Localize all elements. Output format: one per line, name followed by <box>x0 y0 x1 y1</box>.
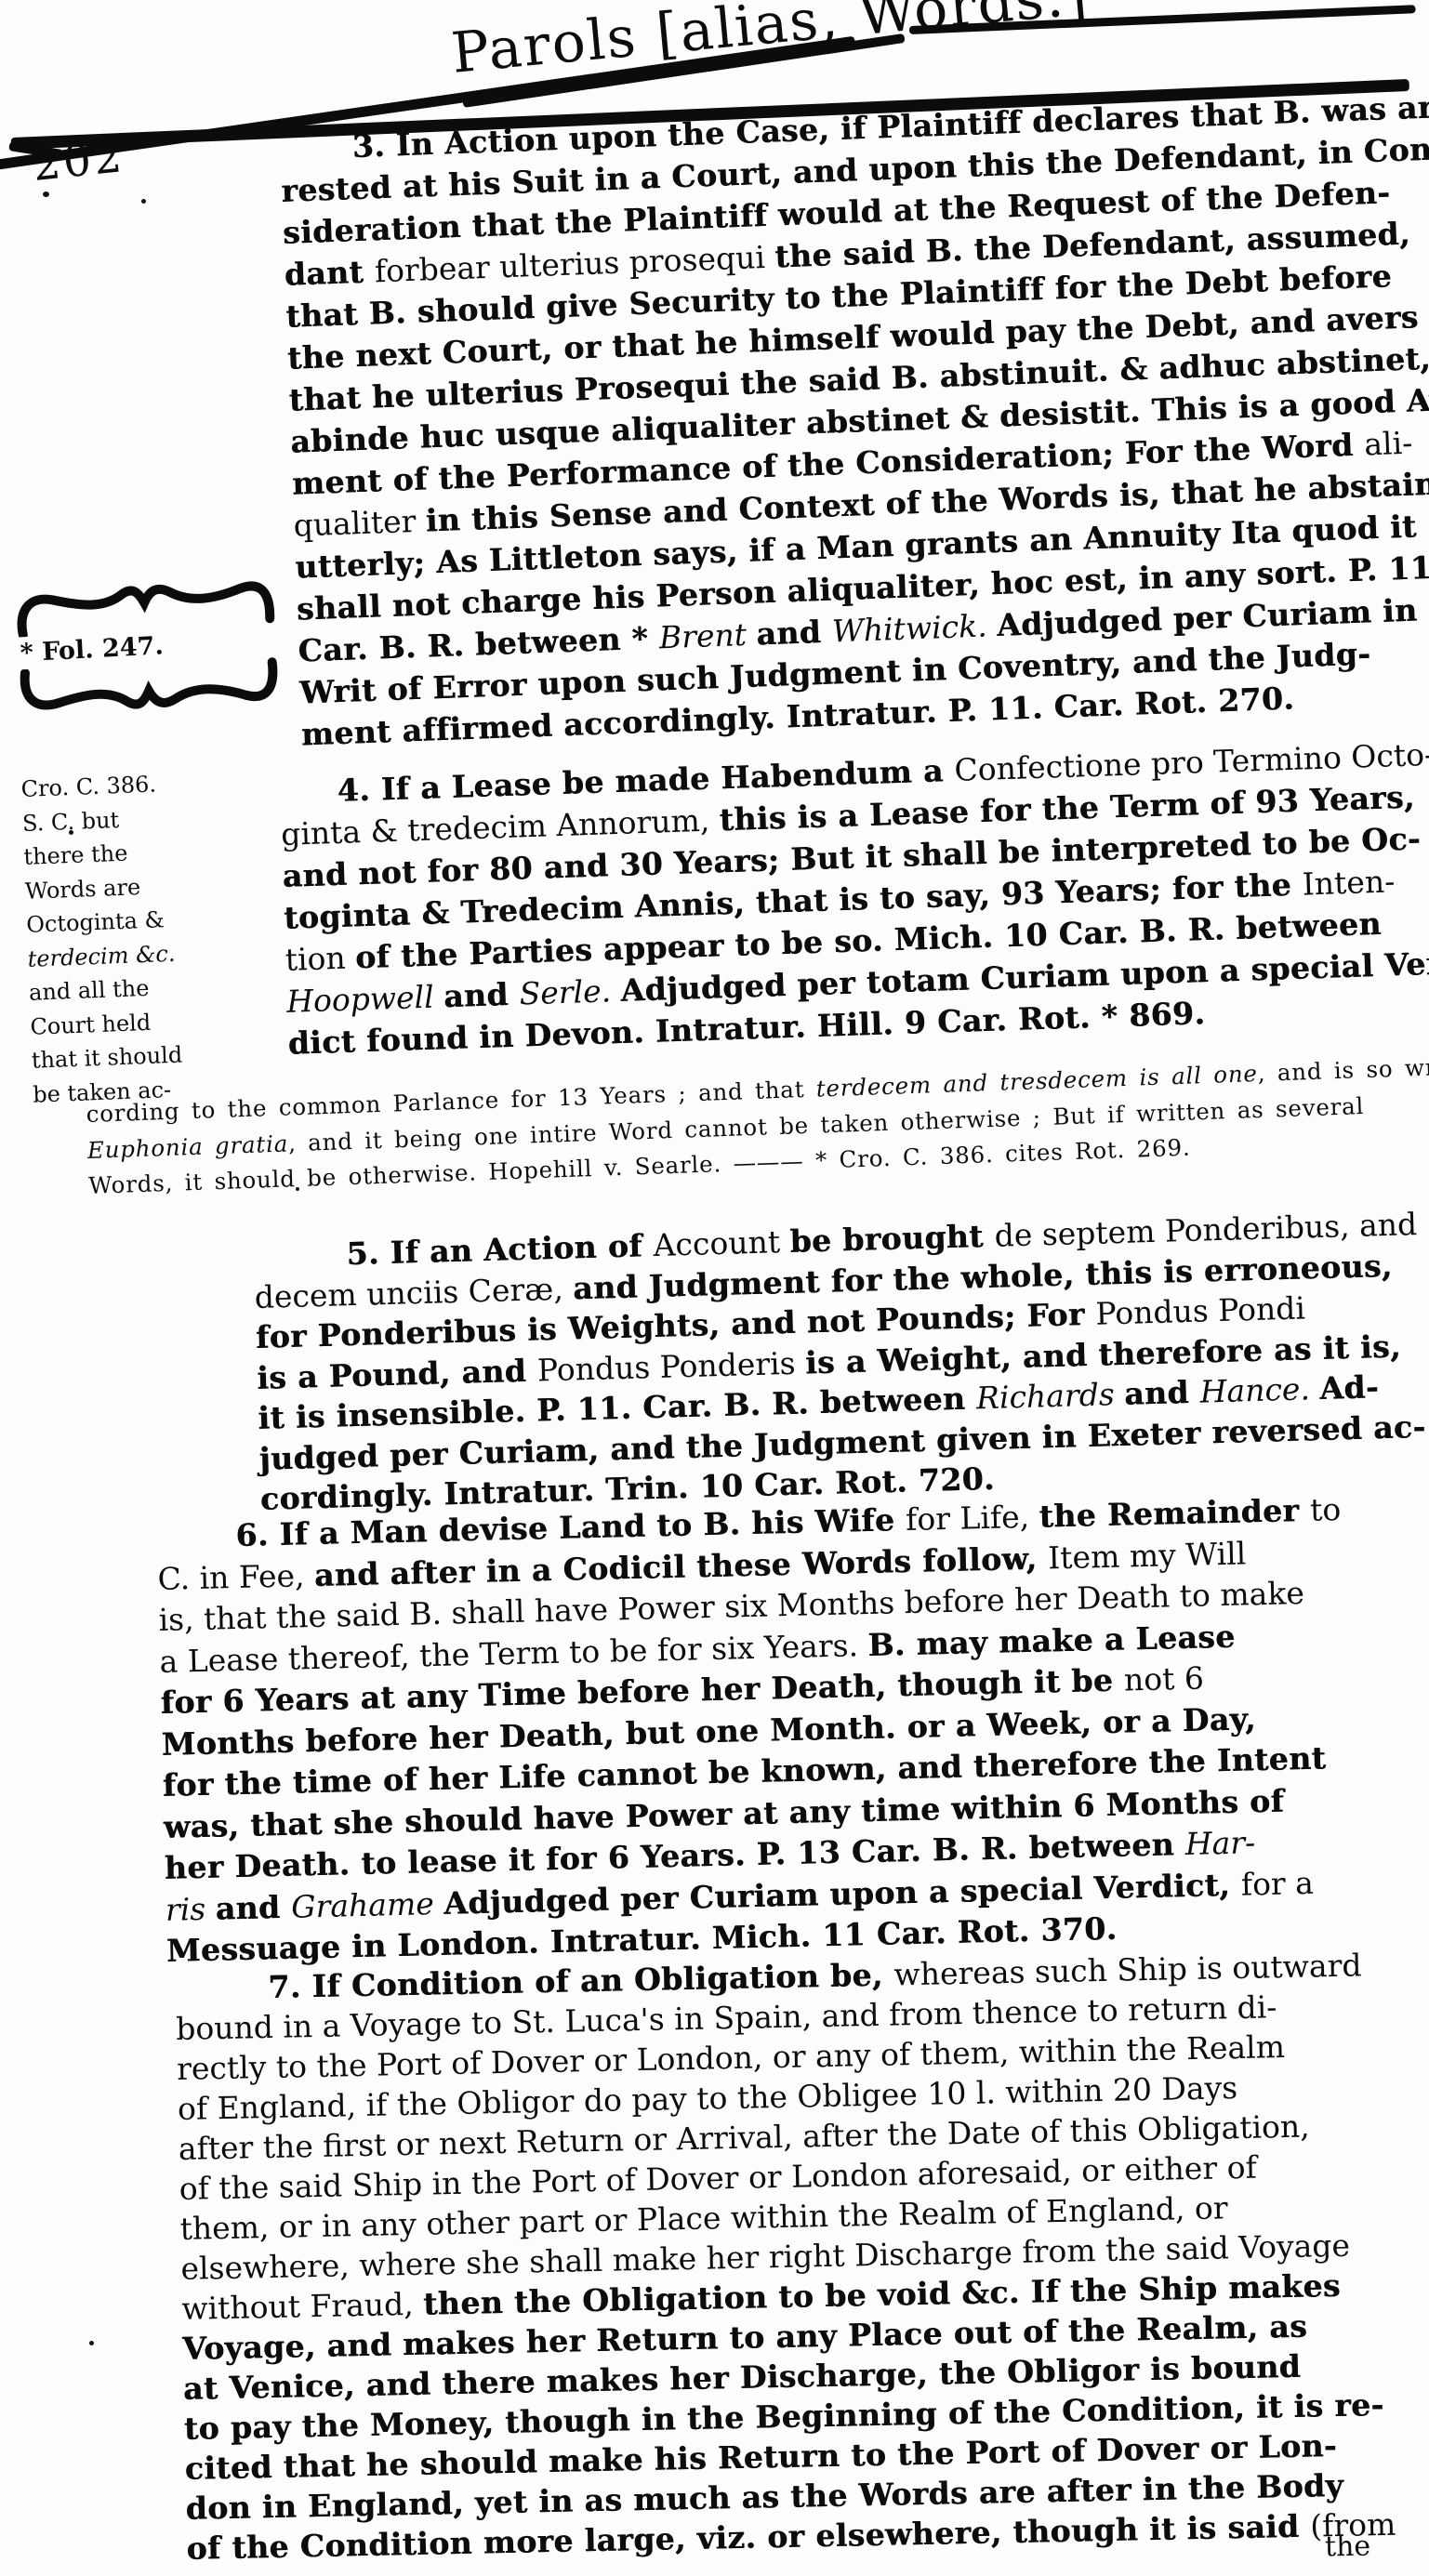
text-segment: B. may make a Lease <box>867 1618 1236 1662</box>
text-segment: be brought <box>789 1218 995 1260</box>
text-segment: dant <box>284 253 376 293</box>
text-segment: there the <box>23 840 128 870</box>
text-segment: Euphonia gratia <box>86 1129 288 1164</box>
text-segment: Grahame <box>291 1884 444 1924</box>
text-segment: Serle. <box>519 972 621 1012</box>
text-segment: Cro. C. 386. <box>20 771 156 802</box>
text-segment: Inten- <box>1302 863 1396 902</box>
text-segment: Brent <box>658 616 757 656</box>
text-segment: ali- <box>1364 425 1413 463</box>
text-segment: Words are <box>24 874 140 905</box>
text-segment: , and is so wrote, <box>1257 1052 1429 1087</box>
ink-speck <box>43 192 49 197</box>
ink-speck <box>89 2341 94 2345</box>
margin-note-citation: Cro. C. 386.S. C. butthere theWords areO… <box>20 762 294 1111</box>
text-segment: that it should <box>31 1042 182 1074</box>
text-segment: Har- <box>1184 1824 1255 1862</box>
page-title: Parols [alias, Words.] <box>378 0 1162 93</box>
catchword: the <box>1325 2530 1371 2564</box>
paragraph-6: 6. If a Man devise Land to B. his Wife f… <box>156 1487 1429 1973</box>
book-page: Parols [alias, Words.] 202 3. In Action … <box>0 0 1429 2576</box>
text-segment: Hoopwell <box>286 978 444 1020</box>
text-segment: Account <box>653 1223 790 1263</box>
text-segment: qualiter <box>293 503 427 544</box>
text-segment: and <box>756 614 833 653</box>
paragraph-7: 7. If Condition of an Obligation be, whe… <box>175 1944 1429 2569</box>
text-segment: Pondus Ponderis <box>536 1344 805 1388</box>
ink-speck <box>141 199 146 204</box>
paragraph-3: 3. In Action upon the Case, if Plaintiff… <box>279 86 1429 756</box>
text-segment: is a Pound, and <box>257 1352 538 1395</box>
text-segment: and <box>215 1888 291 1926</box>
text-segment: and all the <box>29 975 150 1006</box>
text-segment: the Remainder <box>1039 1492 1310 1535</box>
text-segment: ris <box>165 1890 216 1927</box>
text-segment: Ad- <box>1319 1368 1380 1407</box>
text-segment: Pondus Pondi <box>1095 1289 1305 1331</box>
text-segment: for Life, <box>906 1499 1039 1538</box>
text-segment: and <box>443 976 520 1015</box>
text-segment: tion <box>284 939 356 977</box>
text-segment: Octoginta & <box>26 906 165 938</box>
ink-speck <box>296 1187 299 1191</box>
text-segment: and <box>1124 1374 1201 1412</box>
text-segment: Richards <box>976 1376 1125 1416</box>
text-segment: terdecim &c. <box>27 940 176 971</box>
text-segment: Hance. <box>1199 1370 1320 1410</box>
text-segment: Court held <box>30 1009 152 1039</box>
text-segment: Whitwick. <box>831 607 998 649</box>
paragraph-5: 5. If an Action of Account be brought de… <box>253 1204 1429 1520</box>
page-number: 202 <box>30 131 126 192</box>
text-segment: not 6 <box>1123 1660 1204 1698</box>
text-segment: without Fraud, <box>181 2286 424 2327</box>
text-segment: decem unciis Ceræ, <box>254 1270 573 1315</box>
margin-note-folio: * Fol. 247. <box>7 571 293 721</box>
text-segment: Item my Will <box>1048 1535 1247 1576</box>
text-segment: for a <box>1240 1864 1314 1902</box>
ink-speck <box>69 830 73 835</box>
text-segment: 5. If an Action of <box>346 1227 654 1272</box>
text-segment: to <box>1310 1491 1342 1528</box>
text-segment: whereas such Ship is outward <box>893 1947 1362 1992</box>
brace-squiggle-bottom-icon <box>18 656 283 722</box>
text-segment: C. in Fee, <box>157 1557 314 1597</box>
paragraph-4: 4. If a Lease be made Habendum a Confect… <box>279 733 1429 1064</box>
